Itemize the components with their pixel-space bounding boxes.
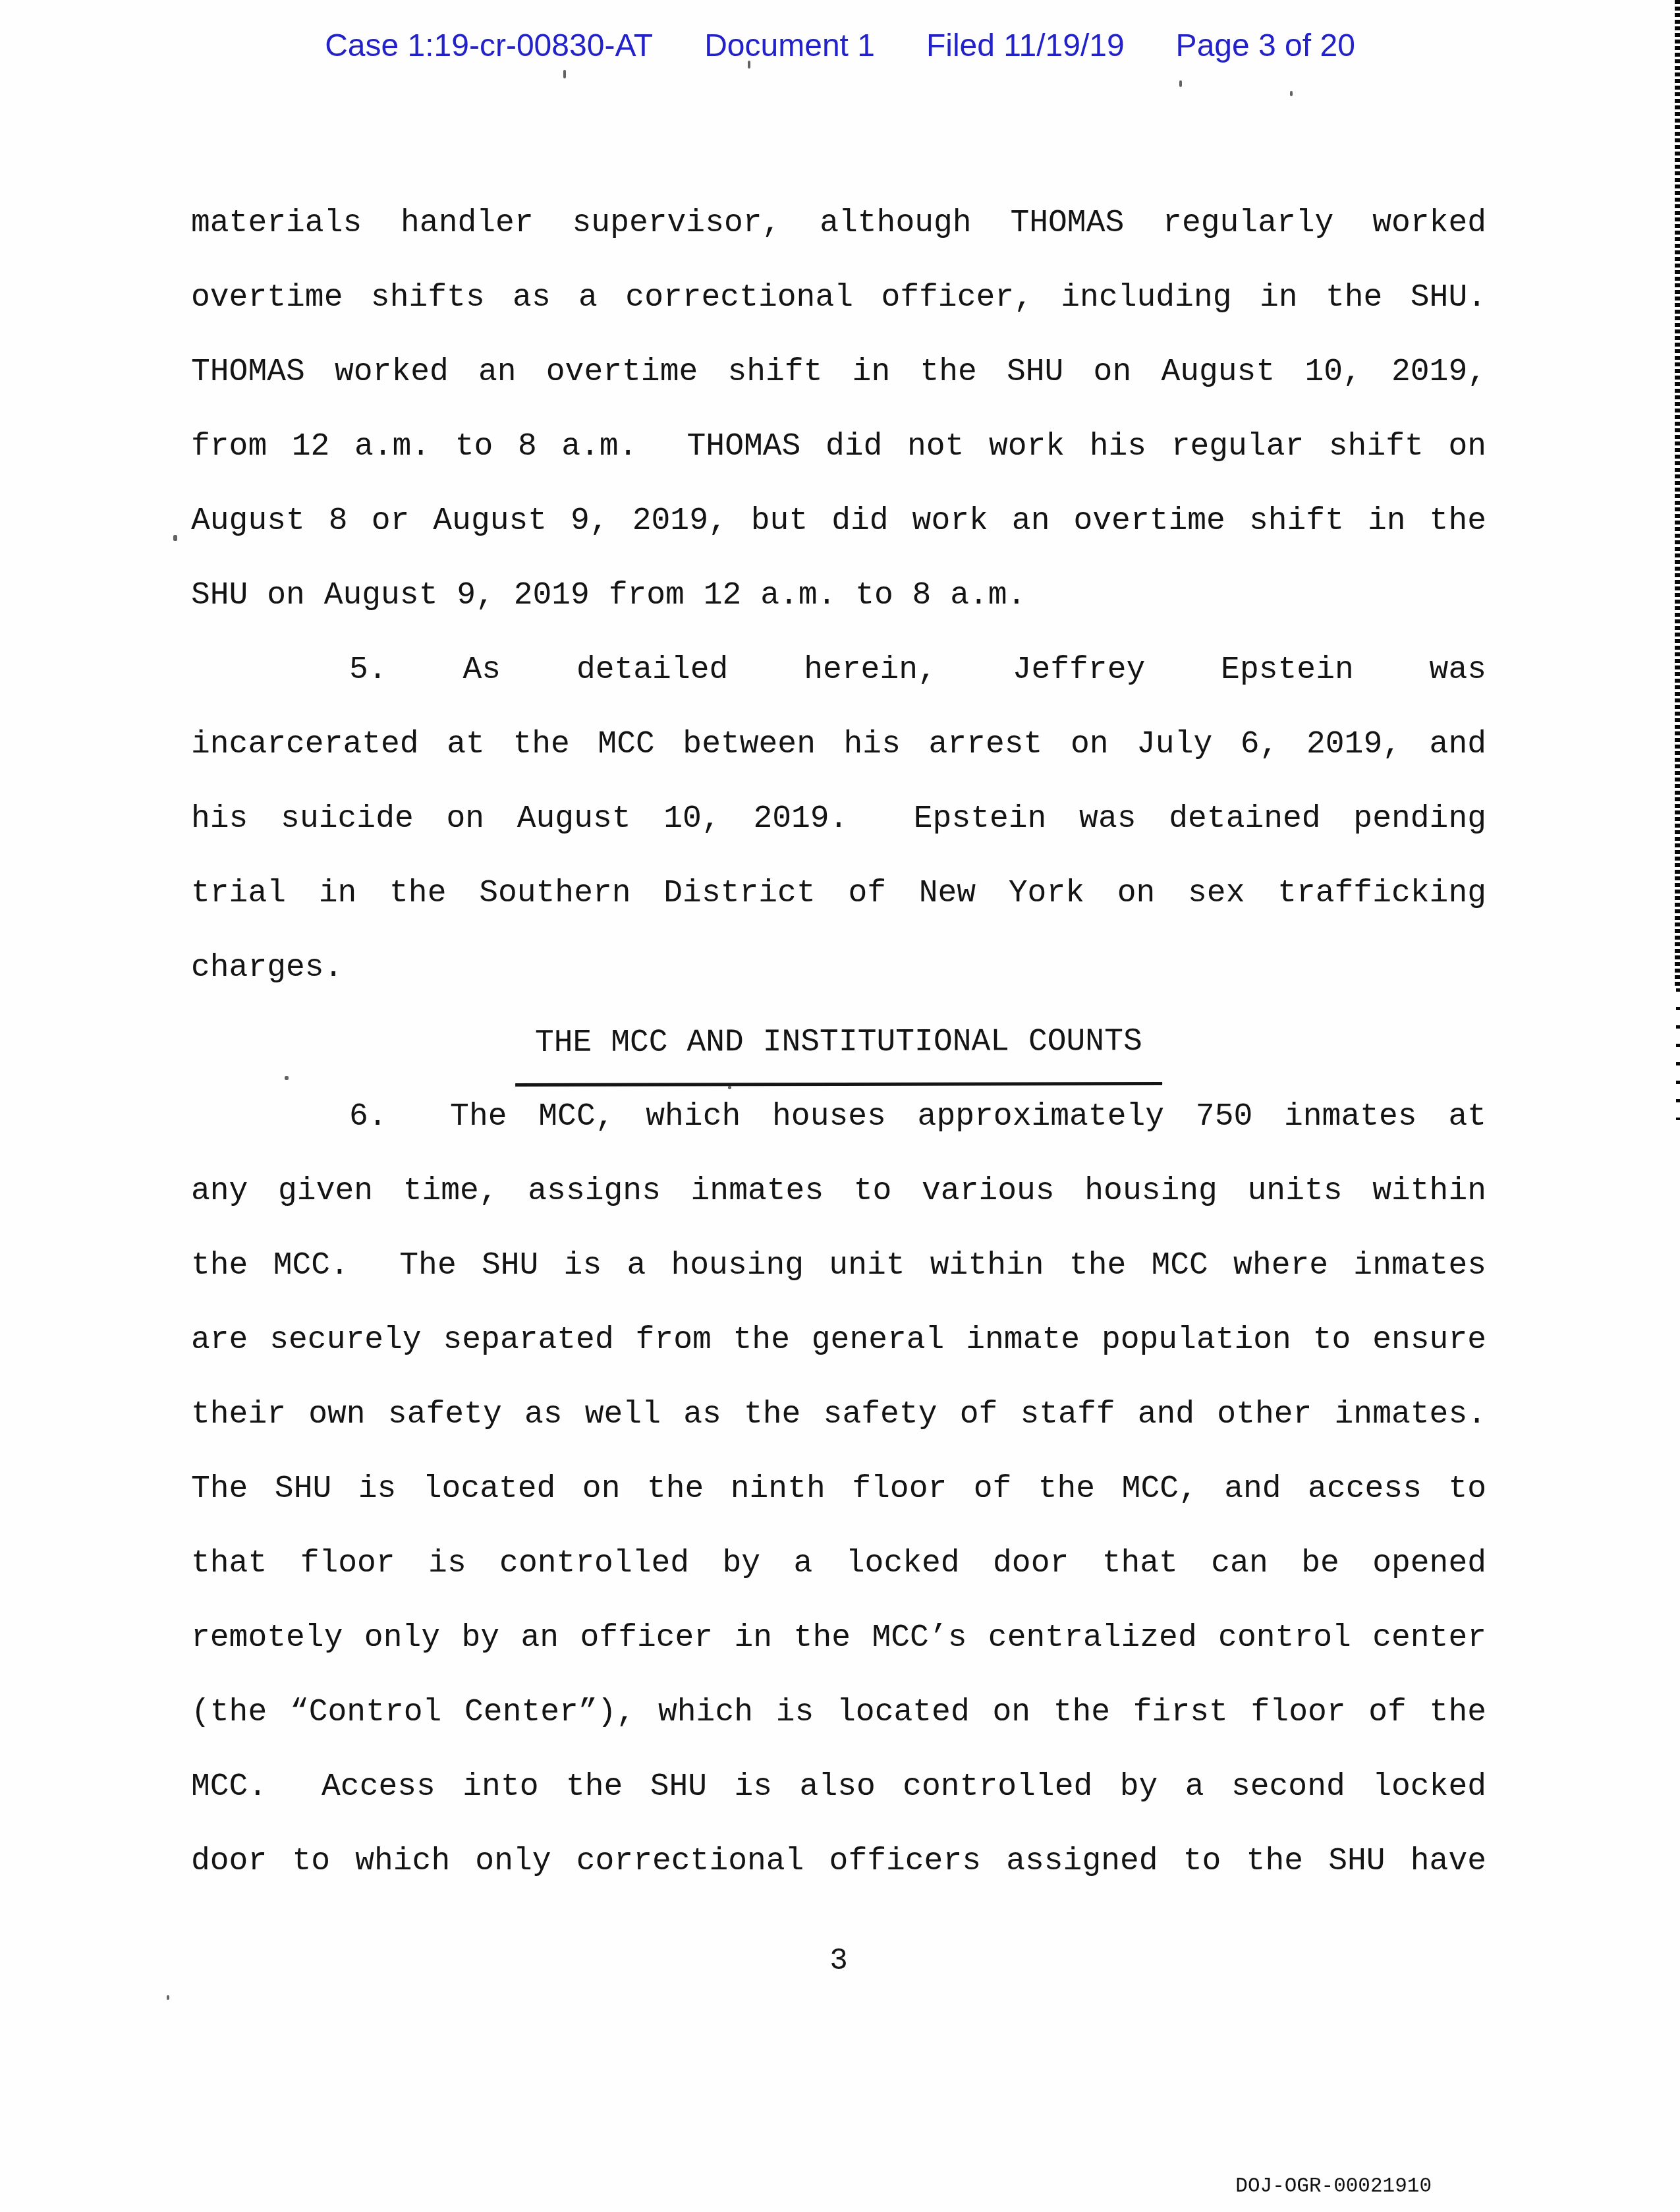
body-line: overtime shifts as a correctional office… (191, 261, 1486, 335)
body-line: their own safety as well as the safety o… (191, 1378, 1486, 1452)
court-header: Case 1:19-cr-00830-AT Document 1 Filed 1… (0, 29, 1680, 64)
body-line: THOMAS worked an overtime shift in the S… (191, 335, 1486, 410)
body-line: remotely only by an officer in the MCC’s… (191, 1601, 1486, 1676)
body-line-paragraph-6-start: 6. The MCC, which houses approximately 7… (191, 1080, 1486, 1154)
scan-speck (285, 1076, 289, 1080)
header-page-indicator: Page 3 of 20 (1176, 29, 1355, 64)
body-line: materials handler supervisor, although T… (191, 186, 1486, 261)
case-number: Case 1:19-cr-00830-AT (325, 29, 653, 64)
body-line: August 8 or August 9, 2019, but did work… (191, 484, 1486, 559)
scan-speck (1179, 80, 1182, 87)
scan-speck (748, 61, 750, 69)
body-line: charges. (191, 931, 1486, 1006)
body-line: any given time, assigns inmates to vario… (191, 1154, 1486, 1229)
section-heading-line: THE MCC AND INSTITUTIONAL COUNTS (191, 1006, 1486, 1080)
body-line: the MCC. The SHU is a housing unit withi… (191, 1229, 1486, 1303)
page-number-footer: 3 (191, 1924, 1486, 1999)
body-line: trial in the Southern District of New Yo… (191, 857, 1486, 931)
scan-speck (167, 1995, 169, 2000)
body-line: MCC. Access into the SHU is also control… (191, 1750, 1486, 1825)
section-heading: THE MCC AND INSTITUTIONAL COUNTS (515, 1005, 1162, 1087)
filed-date: Filed 11/19/19 (926, 29, 1125, 64)
body-line: are securely separated from the general … (191, 1303, 1486, 1378)
body-line-paragraph-5-start: 5. As detailed herein, Jeffrey Epstein w… (191, 633, 1486, 708)
body-line: his suicide on August 10, 2019. Epstein … (191, 782, 1486, 857)
scan-speck (563, 70, 566, 78)
body-line: SHU on August 9, 2019 from 12 a.m. to 8 … (191, 559, 1486, 633)
scan-speck (728, 1086, 731, 1089)
document-number: Document 1 (704, 29, 875, 64)
body-line: from 12 a.m. to 8 a.m. THOMAS did not wo… (191, 410, 1486, 484)
bates-number: DOJ-OGR-00021910 (1235, 2174, 1432, 2199)
scan-artifact-right-edge-tail (1676, 988, 1680, 1120)
body-line: door to which only correctional officers… (191, 1825, 1486, 1899)
document-body: materials handler supervisor, although T… (191, 186, 1486, 1899)
body-line: incarcerated at the MCC between his arre… (191, 708, 1486, 782)
scan-speck (1290, 91, 1293, 96)
scan-artifact-right-edge (1675, 0, 1680, 988)
scan-speck (173, 535, 177, 541)
body-line: (the “Control Center”), which is located… (191, 1676, 1486, 1750)
body-line: The SHU is located on the ninth floor of… (191, 1452, 1486, 1527)
body-line: that floor is controlled by a locked doo… (191, 1527, 1486, 1601)
